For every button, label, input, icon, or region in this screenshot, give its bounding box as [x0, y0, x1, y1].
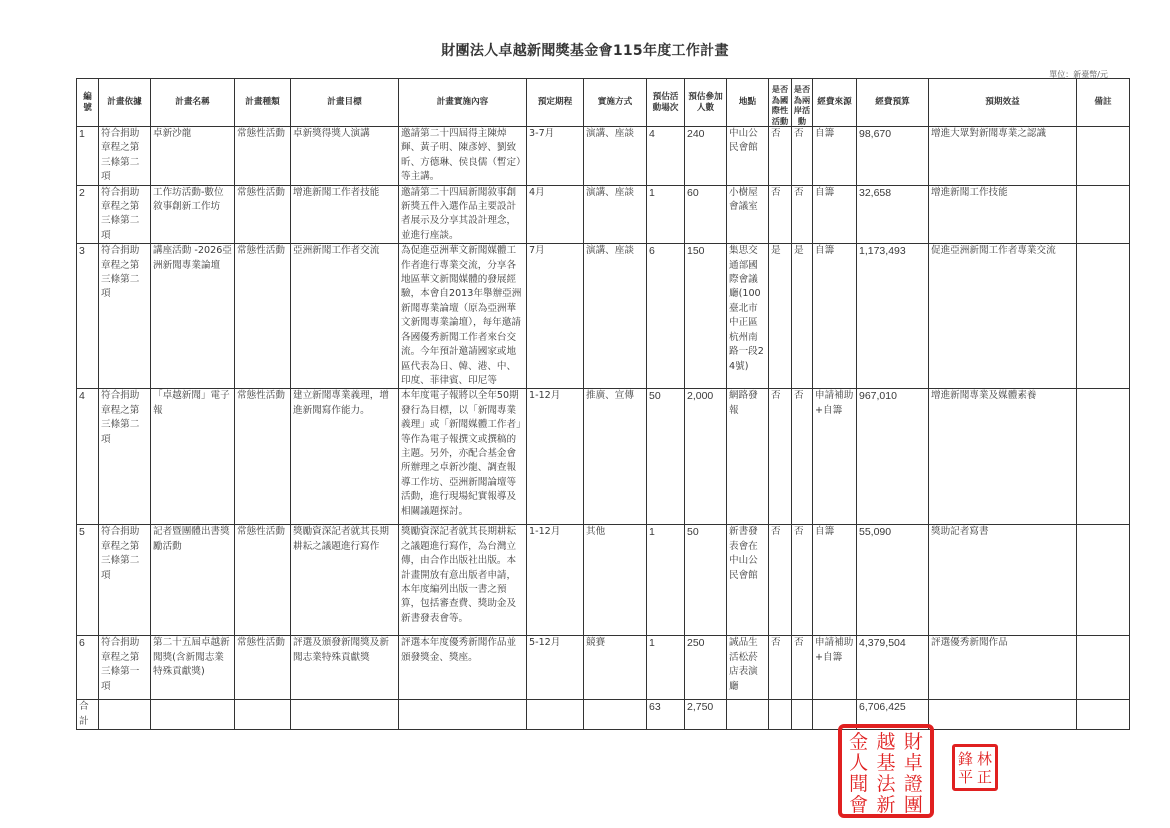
seal-char: 聞: [845, 774, 872, 795]
cell-method: 其他: [584, 525, 647, 636]
header-basis: 計畫依據: [99, 79, 151, 127]
seal-char: 越: [872, 732, 899, 753]
cell-benefit: 增進大眾對新聞專業之認識: [929, 127, 1077, 186]
cell-cross-strait: 是: [792, 244, 813, 389]
cell-location: 中山公民會館: [727, 127, 769, 186]
cell-basis: 符合捐助章程之第三條第二項: [99, 525, 151, 636]
total-empty-cell: [727, 700, 769, 730]
cell-type: 常態性活動: [235, 636, 291, 700]
cell-method: 推廣、宣傳: [584, 389, 647, 525]
cell-location: 小樹屋會議室: [727, 185, 769, 244]
total-empty-cell: [527, 700, 584, 730]
cell-participants: 250: [685, 636, 727, 700]
cell-no: 6: [77, 636, 99, 700]
cell-benefit: 促進亞洲新聞工作者專業交流: [929, 244, 1077, 389]
header-budget: 經費預算: [857, 79, 929, 127]
cell-sessions: 50: [647, 389, 685, 525]
cell-content: 評選本年度優秀新聞作品並頒發獎金、獎座。: [399, 636, 527, 700]
cell-method: 演講、座談: [584, 127, 647, 186]
cell-type: 常態性活動: [235, 389, 291, 525]
chairman-seal: 林正鋒平: [952, 744, 998, 791]
cell-name: 工作坊活動-數位敘事創新工作坊: [151, 185, 235, 244]
cell-international: 是: [769, 244, 792, 389]
cell-sessions: 1: [647, 525, 685, 636]
header-participants: 預估參加人數: [685, 79, 727, 127]
cell-cross-strait: 否: [792, 525, 813, 636]
cell-budget: 967,010: [857, 389, 929, 525]
cell-no: 4: [77, 389, 99, 525]
cell-sessions: 6: [647, 244, 685, 389]
cell-schedule: 3-7月: [527, 127, 584, 186]
cell-schedule: 1-12月: [527, 389, 584, 525]
cell-sessions: 1: [647, 185, 685, 244]
cell-type: 常態性活動: [235, 525, 291, 636]
cell-goal: 亞洲新聞工作者交流: [291, 244, 399, 389]
header-content: 計畫實施內容: [399, 79, 527, 127]
header-type: 計畫種類: [235, 79, 291, 127]
header-goal: 計畫目標: [291, 79, 399, 127]
header-method: 實施方式: [584, 79, 647, 127]
cell-funding-source: 自籌: [813, 127, 857, 186]
total-empty-cell: [792, 700, 813, 730]
cell-funding-source: 申請補助+自籌: [813, 389, 857, 525]
total-empty-cell: [99, 700, 151, 730]
seal-char: 鋒: [956, 750, 975, 768]
total-row: 合計632,7506,706,425: [77, 700, 1130, 730]
total-sessions: 63: [647, 700, 685, 730]
cell-funding-source: 自籌: [813, 525, 857, 636]
cell-name: 「卓越新聞」電子報: [151, 389, 235, 525]
cell-budget: 55,090: [857, 525, 929, 636]
cell-content: 邀請第二十四屆新聞敘事創新獎五件入選作品主要設計者展示及分享其設計理念，並進行座…: [399, 185, 527, 244]
cell-benefit: 獎助記者寫書: [929, 525, 1077, 636]
cell-method: 演講、座談: [584, 185, 647, 244]
cell-name: 講座活動 -2026亞洲新聞專業論壇: [151, 244, 235, 389]
total-empty-cell: [399, 700, 527, 730]
cell-basis: 符合捐助章程之第三條第二項: [99, 389, 151, 525]
seal-char: 基: [872, 753, 899, 774]
seal-char: 法: [872, 774, 899, 795]
cell-remarks: [1077, 525, 1130, 636]
cell-participants: 2,000: [685, 389, 727, 525]
cell-content: 本年度電子報將以全年50期發行為目標，以「新聞專業義理」或「新聞媒體工作者」等作…: [399, 389, 527, 525]
header-cross-strait: 是否為兩岸活動: [792, 79, 813, 127]
cell-name: 卓新沙龍: [151, 127, 235, 186]
seal-char: 平: [956, 768, 975, 786]
cell-method: 演講、座談: [584, 244, 647, 389]
cell-participants: 50: [685, 525, 727, 636]
header-row: 編號 計畫依據 計畫名稱 計畫種類 計畫目標 計畫實施內容 預定期程 實施方式 …: [77, 79, 1130, 127]
cell-content: 為促進亞洲華文新聞媒體工作者進行專業交流，分享各地區華文新聞媒體的發展經驗，本會…: [399, 244, 527, 389]
cell-name: 記者暨團體出書獎勵活動: [151, 525, 235, 636]
cell-content: 獎勵資深記者就其長期耕耘之議題進行寫作，為台灣立傳，由合作出版社出版。本計畫開放…: [399, 525, 527, 636]
cell-goal: 獎勵資深記者就其長期耕耘之議題進行寫作: [291, 525, 399, 636]
header-international: 是否為國際性活動: [769, 79, 792, 127]
cell-funding-source: 自籌: [813, 244, 857, 389]
cell-remarks: [1077, 127, 1130, 186]
cell-goal: 建立新聞專業義理，增進新聞寫作能力。: [291, 389, 399, 525]
cell-no: 1: [77, 127, 99, 186]
seal-char: 卓: [900, 753, 927, 774]
cell-basis: 符合捐助章程之第三條第一項: [99, 636, 151, 700]
total-empty-cell: [151, 700, 235, 730]
cell-basis: 符合捐助章程之第三條第二項: [99, 244, 151, 389]
header-funding-source: 經費來源: [813, 79, 857, 127]
cell-no: 5: [77, 525, 99, 636]
header-schedule: 預定期程: [527, 79, 584, 127]
cell-goal: 卓新獎得獎人演講: [291, 127, 399, 186]
header-name: 計畫名稱: [151, 79, 235, 127]
cell-location: 新書發表會在中山公民會館: [727, 525, 769, 636]
cell-sessions: 4: [647, 127, 685, 186]
cell-schedule: 5-12月: [527, 636, 584, 700]
cell-sessions: 1: [647, 636, 685, 700]
table-row: 2符合捐助章程之第三條第二項工作坊活動-數位敘事創新工作坊常態性活動增進新聞工作…: [77, 185, 1130, 244]
cell-participants: 240: [685, 127, 727, 186]
total-empty-cell: [1077, 700, 1130, 730]
cell-type: 常態性活動: [235, 244, 291, 389]
cell-benefit: 增進新聞工作技能: [929, 185, 1077, 244]
cell-remarks: [1077, 389, 1130, 525]
cell-participants: 60: [685, 185, 727, 244]
cell-basis: 符合捐助章程之第三條第二項: [99, 185, 151, 244]
cell-cross-strait: 否: [792, 127, 813, 186]
cell-location: 網路發報: [727, 389, 769, 525]
total-participants: 2,750: [685, 700, 727, 730]
header-location: 地點: [727, 79, 769, 127]
seal-char: 正: [975, 768, 994, 786]
cell-budget: 32,658: [857, 185, 929, 244]
table-row: 4符合捐助章程之第三條第二項「卓越新聞」電子報常態性活動建立新聞專業義理，增進新…: [77, 389, 1130, 525]
total-label: 合計: [77, 700, 99, 730]
cell-participants: 150: [685, 244, 727, 389]
cell-schedule: 7月: [527, 244, 584, 389]
seal-char: 證: [900, 774, 927, 795]
cell-budget: 4,379,504: [857, 636, 929, 700]
cell-international: 否: [769, 636, 792, 700]
cell-benefit: 評選優秀新聞作品: [929, 636, 1077, 700]
header-no: 編號: [77, 79, 99, 127]
cell-type: 常態性活動: [235, 185, 291, 244]
cell-remarks: [1077, 636, 1130, 700]
work-plan-table: 編號 計畫依據 計畫名稱 計畫種類 計畫目標 計畫實施內容 預定期程 實施方式 …: [76, 78, 1130, 730]
cell-no: 2: [77, 185, 99, 244]
document-title: 財團法人卓越新聞獎基金會115年度工作計畫: [0, 40, 1170, 60]
seal-char: 團: [900, 795, 927, 816]
cell-location: 集思交通部國際會議廳(100臺北市中正區杭州南路一段24號): [727, 244, 769, 389]
cell-budget: 98,670: [857, 127, 929, 186]
cell-remarks: [1077, 185, 1130, 244]
cell-international: 否: [769, 185, 792, 244]
cell-schedule: 1-12月: [527, 525, 584, 636]
cell-location: 誠品生活松菸店表演廳: [727, 636, 769, 700]
cell-type: 常態性活動: [235, 127, 291, 186]
header-sessions: 預估活動場次: [647, 79, 685, 127]
table-row: 1符合捐助章程之第三條第二項卓新沙龍常態性活動卓新獎得獎人演講邀請第二十四屆得主…: [77, 127, 1130, 186]
cell-budget: 1,173,493: [857, 244, 929, 389]
cell-remarks: [1077, 244, 1130, 389]
total-empty-cell: [769, 700, 792, 730]
header-benefit: 預期效益: [929, 79, 1077, 127]
cell-content: 邀請第二十四屆得主陳焯輝、黃子明、陳彥婷、劉致昕、方德琳、侯良儒（暫定）等主講。: [399, 127, 527, 186]
table-row: 5符合捐助章程之第三條第二項記者暨團體出書獎勵活動常態性活動獎勵資深記者就其長期…: [77, 525, 1130, 636]
header-remarks: 備註: [1077, 79, 1130, 127]
cell-goal: 增進新聞工作者技能: [291, 185, 399, 244]
cell-no: 3: [77, 244, 99, 389]
total-empty-cell: [235, 700, 291, 730]
cell-basis: 符合捐助章程之第三條第二項: [99, 127, 151, 186]
cell-goal: 評選及頒發新聞獎及新聞志業特殊貢獻獎: [291, 636, 399, 700]
cell-schedule: 4月: [527, 185, 584, 244]
table-row: 6符合捐助章程之第三條第一項第二十五屆卓越新聞獎(含新聞志業特殊貢獻獎)常態性活…: [77, 636, 1130, 700]
organization-seal: 財卓證團越基法新金人聞會: [838, 724, 934, 818]
cell-funding-source: 自籌: [813, 185, 857, 244]
seal-char: 新: [872, 795, 899, 816]
cell-funding-source: 申請補助+自籌: [813, 636, 857, 700]
cell-international: 否: [769, 389, 792, 525]
table-row: 3符合捐助章程之第三條第二項講座活動 -2026亞洲新聞專業論壇常態性活動亞洲新…: [77, 244, 1130, 389]
cell-cross-strait: 否: [792, 389, 813, 525]
cell-name: 第二十五屆卓越新聞獎(含新聞志業特殊貢獻獎): [151, 636, 235, 700]
seal-char: 財: [900, 732, 927, 753]
seal-char: 會: [845, 795, 872, 816]
cell-international: 否: [769, 127, 792, 186]
seal-char: 金: [845, 732, 872, 753]
total-empty-cell: [584, 700, 647, 730]
total-empty-cell: [291, 700, 399, 730]
seal-char: 林: [975, 750, 994, 768]
cell-cross-strait: 否: [792, 636, 813, 700]
cell-method: 競賽: [584, 636, 647, 700]
cell-benefit: 增進新聞專業及媒體素養: [929, 389, 1077, 525]
cell-cross-strait: 否: [792, 185, 813, 244]
total-empty-cell: [929, 700, 1077, 730]
cell-international: 否: [769, 525, 792, 636]
seal-char: 人: [845, 753, 872, 774]
